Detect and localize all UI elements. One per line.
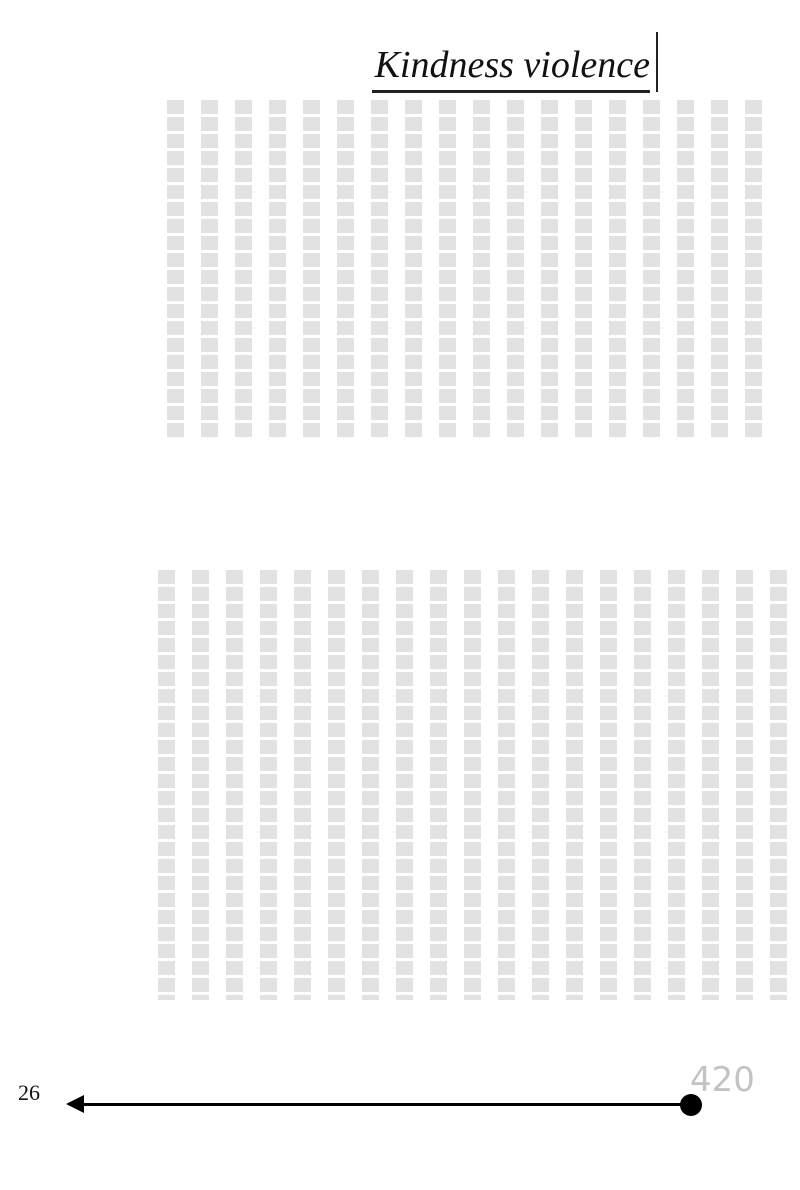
text-column	[507, 100, 524, 440]
text-column	[711, 100, 728, 440]
text-column	[668, 570, 685, 1000]
text-column	[430, 570, 447, 1000]
text-column	[226, 570, 243, 1000]
text-column	[770, 570, 787, 1000]
page-title: Kindness violence	[372, 40, 650, 93]
text-column	[192, 570, 209, 1000]
text-column	[498, 570, 515, 1000]
text-column	[702, 570, 719, 1000]
text-column	[643, 100, 660, 440]
page-number: 26	[18, 1080, 40, 1106]
text-column	[201, 100, 218, 440]
text-column	[634, 570, 651, 1000]
text-column	[167, 100, 184, 440]
page: Kindness violence 26 420	[0, 0, 800, 1190]
text-column	[600, 570, 617, 1000]
text-column	[439, 100, 456, 440]
text-column	[235, 100, 252, 440]
text-column	[473, 100, 490, 440]
text-column	[405, 100, 422, 440]
text-column	[396, 570, 413, 1000]
text-column	[736, 570, 753, 1000]
text-column	[294, 570, 311, 1000]
text-column	[566, 570, 583, 1000]
text-column	[260, 570, 277, 1000]
text-column	[328, 570, 345, 1000]
text-column	[337, 100, 354, 440]
text-column	[609, 100, 626, 440]
text-column	[464, 570, 481, 1000]
text-column	[532, 570, 549, 1000]
text-column	[575, 100, 592, 440]
text-column	[362, 570, 379, 1000]
watermark: 420	[690, 1060, 790, 1170]
text-column	[745, 100, 762, 440]
text-column	[371, 100, 388, 440]
text-column	[541, 100, 558, 440]
text-column	[677, 100, 694, 440]
divider-rule	[80, 1103, 685, 1106]
text-column	[269, 100, 286, 440]
text-column	[303, 100, 320, 440]
text-column	[158, 570, 175, 1000]
